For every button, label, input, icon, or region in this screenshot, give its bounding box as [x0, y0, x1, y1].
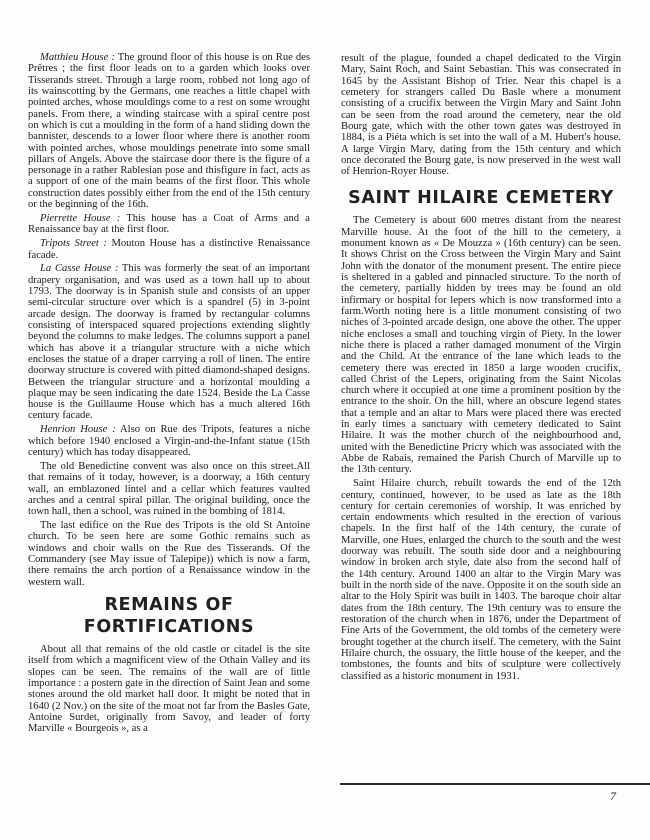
- right-column: result of the plague, founded a chapel d…: [341, 53, 621, 684]
- paragraph-lead: Henrion House :: [40, 424, 116, 435]
- paragraph-matthieu-house: Matthieu House : The ground floor of thi…: [28, 52, 310, 210]
- footer-rule: [340, 783, 650, 785]
- paragraph-lead: Tripots Street :: [40, 238, 107, 249]
- heading-saint-hilaire-cemetery: SAINT HILAIRE CEMETERY: [341, 187, 621, 209]
- page-number: 7: [610, 789, 616, 804]
- left-column: Matthieu House : The ground floor of thi…: [28, 52, 310, 737]
- heading-remains-of-fortifications: REMAINS OF FORTIFICATIONS: [28, 594, 310, 638]
- paragraph-la-casse-house: La Casse House : This was formerly the s…: [28, 263, 310, 421]
- paragraph-st-antoine-church: The last edifice on the Rue des Tripots …: [28, 520, 310, 588]
- paragraph-pierrette-house: Pierrette House : This house has a Coat …: [28, 213, 310, 236]
- paragraph-lead: Matthieu House :: [40, 52, 115, 63]
- paragraph-fortifications: About all that remains of the old castle…: [28, 644, 310, 735]
- paragraph-continuation: result of the plague, founded a chapel d…: [341, 53, 621, 177]
- paragraph-lead: La Casse House :: [40, 263, 118, 274]
- paragraph-benedictine-convent: The old Benedictine convent was also onc…: [28, 461, 310, 518]
- paragraph-saint-hilaire-church: Saint Hilaire church, rebuilt towards th…: [341, 478, 621, 682]
- paragraph-henrion-house: Henrion House : Also on Rue des Tripots,…: [28, 424, 310, 458]
- paragraph-cemetery-description: The Cemetery is about 600 metres distant…: [341, 215, 621, 475]
- paragraph-tripots-street: Tripots Street : Mouton House has a dist…: [28, 238, 310, 261]
- paragraph-lead: Pierrette House :: [40, 213, 120, 224]
